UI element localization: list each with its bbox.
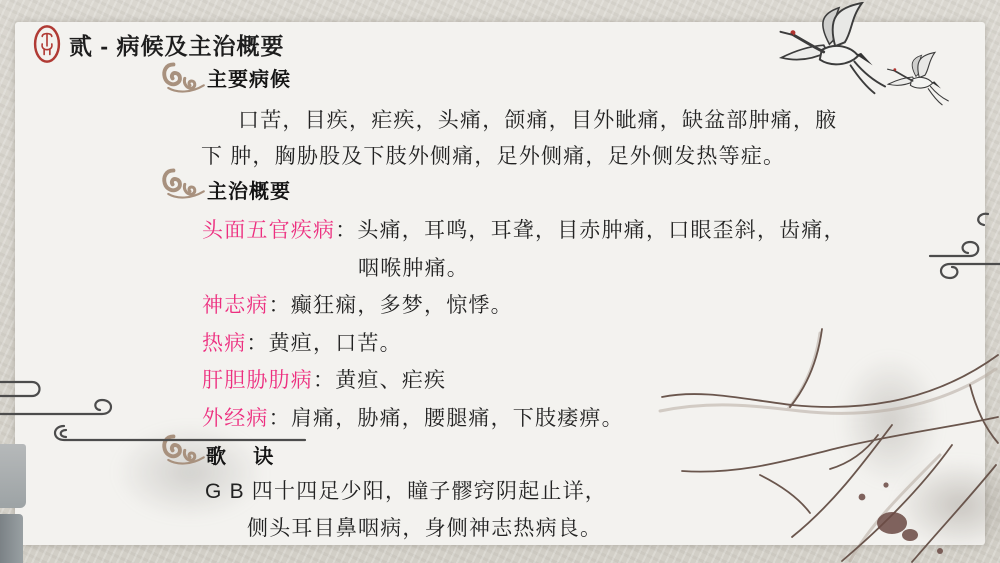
verse-line-1: G B 四十四足少阳，瞳子髎窍阴起止详， xyxy=(205,475,607,505)
colon: ： xyxy=(269,294,291,317)
indication-text: 癫狂痫，多梦，惊悸。 xyxy=(291,294,513,317)
indication-category: 肝胆胁肋病 xyxy=(202,369,313,392)
indication-category: 头面五官疾病 xyxy=(202,219,335,242)
slide-title-row: 贰 - 病候及主治概要 xyxy=(32,22,284,66)
cloud-swirl-icon xyxy=(160,433,206,466)
indication-text: 黄疸、疟疾 xyxy=(335,369,446,392)
page-title: 贰 - 病候及主治概要 xyxy=(69,28,284,61)
colon: ： xyxy=(335,219,357,242)
indication-category: 外经病 xyxy=(202,407,269,430)
colon: ： xyxy=(269,407,291,430)
indication-item-wrap: 咽喉肿痛。 xyxy=(358,252,469,282)
section-heading-verse: 歌 诀 xyxy=(206,440,274,469)
indication-text: 肩痛，胁痛，腰腿痛，下肢痿痹。 xyxy=(291,407,624,430)
verse-line-2: 侧头耳目鼻咽病，身侧神志热病良。 xyxy=(247,512,602,542)
indication-text: 头痛，耳鸣，耳聋，目赤肿痛，口眼歪斜，齿痛， xyxy=(357,219,845,242)
indication-item: 肝胆胁肋病：黄疸、疟疾 xyxy=(202,364,446,394)
content-panel xyxy=(15,22,985,545)
cloud-swirl-icon xyxy=(160,167,206,200)
section-heading-main-symptoms: 主要病候 xyxy=(207,63,291,92)
indication-category: 热病 xyxy=(202,332,246,355)
indication-text: 黄疸，口苦。 xyxy=(269,332,402,355)
seal-icon xyxy=(32,24,62,64)
symptoms-line-1: 口苦，目疾，疟疾，头痛，颌痛，目外眦痛，缺盆部肿痛，腋 xyxy=(238,104,837,134)
ink-wash-band xyxy=(0,444,26,508)
indication-item: 外经病：肩痛，胁痛，腰腿痛，下肢痿痹。 xyxy=(202,402,624,432)
indication-item: 神志病：癫狂痫，多梦，惊悸。 xyxy=(202,289,513,319)
indication-item: 热病：黄疸，口苦。 xyxy=(202,327,402,357)
indication-item: 头面五官疾病：头痛，耳鸣，耳聋，目赤肿痛，口眼歪斜，齿痛， xyxy=(202,214,846,244)
indication-category: 神志病 xyxy=(202,294,269,317)
symptoms-line-2: 下 肿，胸胁股及下肢外侧痛，足外侧痛，足外侧发热等症。 xyxy=(201,140,785,170)
cloud-swirl-icon xyxy=(160,61,206,94)
section-heading-indications: 主治概要 xyxy=(207,175,291,204)
colon: ： xyxy=(246,332,268,355)
ink-wash-band xyxy=(0,514,23,563)
colon: ： xyxy=(313,369,335,392)
slide: 贰 - 病候及主治概要 主要病候 口苦，目疾，疟疾，头痛，颌痛，目外眦痛，缺盆部… xyxy=(0,0,1000,563)
